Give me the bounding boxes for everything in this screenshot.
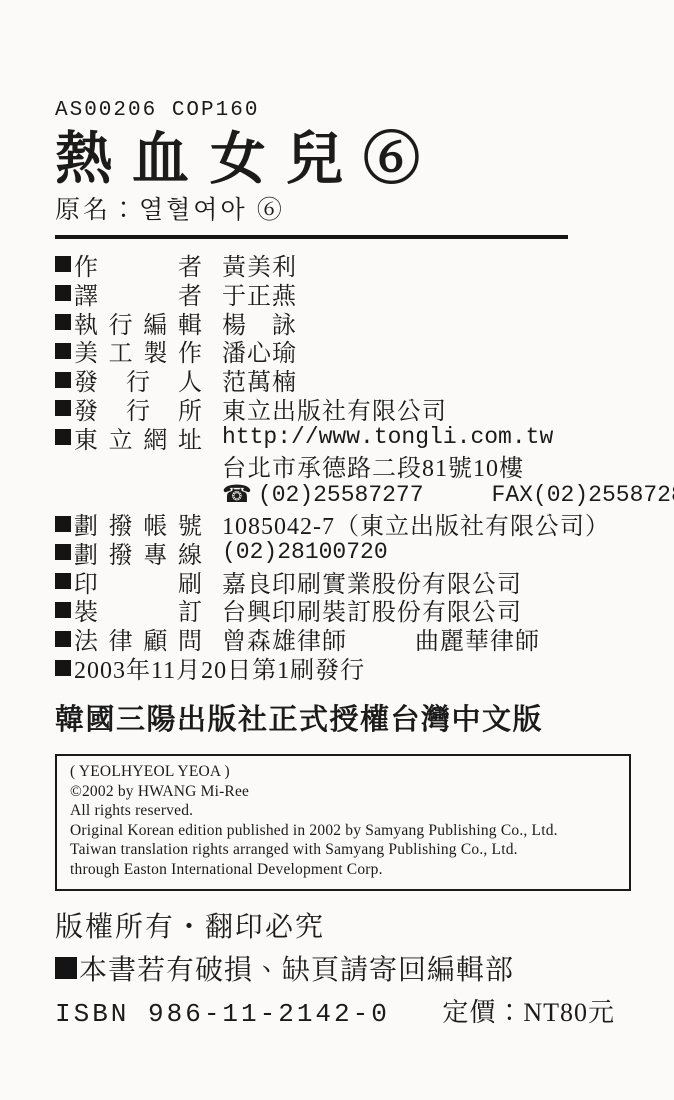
credit-value: 2003年11月20日第1刷發行 — [74, 650, 365, 685]
isbn: ISBN 986-11-2142-0 — [55, 999, 390, 1029]
credit-row: 法律顧問曾森雄律師曲麗華律師 — [55, 624, 624, 653]
credit-row: 作者黃美利 — [55, 250, 624, 279]
book-title: 熱血女兒⑥ — [55, 126, 624, 194]
page-content: AS00206 COP160 熱血女兒⑥ 原名：열혈여아 ⑥ 作者黃美利譯者于正… — [0, 0, 674, 1029]
damaged-notice-row: 本書若有破損、缺頁請寄回編輯部 — [55, 948, 624, 988]
credit-value-secondary: FAX(02)25587281 — [492, 482, 674, 508]
square-bullet-icon — [55, 314, 71, 330]
credit-value-secondary: 曲麗華律師 — [415, 621, 540, 656]
copyright-box: ( YEOLHYEOL YEOA )©2002 by HWANG Mi-ReeA… — [55, 754, 631, 891]
credits-list: 作者黃美利譯者于正燕執行編輯楊 詠美工製作潘心瑜發行人范萬楠發行所東立出版社有限… — [55, 250, 624, 682]
credit-label-char: 址 — [178, 420, 202, 455]
square-bullet-icon — [55, 285, 71, 301]
credit-row: 2003年11月20日第1刷發行 — [55, 653, 624, 682]
credit-value: http://www.tongli.com.tw — [222, 424, 553, 450]
square-bullet-icon — [55, 429, 71, 445]
price: 定價：NT80元 — [442, 992, 615, 1029]
credit-row: 執行編輯楊 詠 — [55, 308, 624, 337]
credit-value: (02)25587277 — [258, 482, 424, 508]
credit-label-char: 東 — [74, 420, 98, 455]
copyright-line: Original Korean edition published in 200… — [70, 821, 621, 841]
credit-value: 台北市承德路二段81號10樓 — [222, 448, 524, 483]
credit-row: 發行人范萬楠 — [55, 365, 624, 394]
square-bullet-icon — [55, 957, 77, 979]
colophon-page: AS00206 COP160 熱血女兒⑥ 原名：열혈여아 ⑥ 作者黃美利譯者于正… — [0, 0, 674, 1100]
credit-label: 東立網址 — [74, 420, 202, 455]
telephone-icon: ☎ — [222, 483, 252, 507]
credit-label-char: 網 — [143, 420, 167, 455]
copyright-line: Taiwan translation rights arranged with … — [70, 840, 621, 860]
square-bullet-icon — [55, 573, 71, 589]
credit-row: 美工製作潘心瑜 — [55, 336, 624, 365]
credit-row: ☎(02)25587277FAX(02)25587281 — [55, 480, 624, 509]
copyright-line: through Easton International Development… — [70, 860, 621, 880]
square-bullet-icon — [55, 372, 71, 388]
copyright-line: ( YEOLHYEOL YEOA ) — [70, 762, 621, 782]
credit-row: 裝訂台興印刷裝訂股份有限公司 — [55, 596, 624, 625]
credit-value: (02)28100720 — [222, 539, 388, 565]
credit-row: 劃撥帳號1085042-7（東立出版社有限公司） — [55, 509, 624, 538]
isbn-row: ISBN 986-11-2142-0 定價：NT80元 — [55, 992, 615, 1029]
damaged-notice: 本書若有破損、缺頁請寄回編輯部 — [79, 948, 514, 988]
square-bullet-icon — [55, 400, 71, 416]
square-bullet-icon — [55, 343, 71, 359]
product-code: AS00206 COP160 — [55, 98, 624, 124]
square-bullet-icon — [55, 631, 71, 647]
credit-row: 劃撥專線(02)28100720 — [55, 538, 624, 567]
copyright-line: All rights reserved. — [70, 801, 621, 821]
rights-notice: 版權所有・翻印必究 — [55, 905, 624, 945]
square-bullet-icon — [55, 544, 71, 560]
credit-row: 發行所東立出版社有限公司 — [55, 394, 624, 423]
credit-row: 台北市承德路二段81號10樓 — [55, 452, 624, 481]
credit-row: 東立網址http://www.tongli.com.tw — [55, 423, 624, 452]
divider-rule — [55, 235, 568, 239]
copyright-line: ©2002 by HWANG Mi-Ree — [70, 782, 621, 802]
square-bullet-icon — [55, 256, 71, 272]
credit-label-char: 立 — [109, 420, 133, 455]
original-title: 原名：열혈여아 ⑥ — [55, 195, 624, 227]
square-bullet-icon — [55, 602, 71, 618]
square-bullet-icon — [55, 660, 71, 676]
credit-row: 譯者于正燕 — [55, 279, 624, 308]
credit-value: 東立出版社有限公司 — [222, 391, 447, 426]
license-banner: 韓國三陽出版社正式授權台灣中文版 — [55, 697, 624, 738]
credit-row: 印刷嘉良印刷實業股份有限公司 — [55, 567, 624, 596]
square-bullet-icon — [55, 516, 71, 532]
credit-value: 1085042-7（東立出版社有限公司） — [222, 506, 610, 541]
